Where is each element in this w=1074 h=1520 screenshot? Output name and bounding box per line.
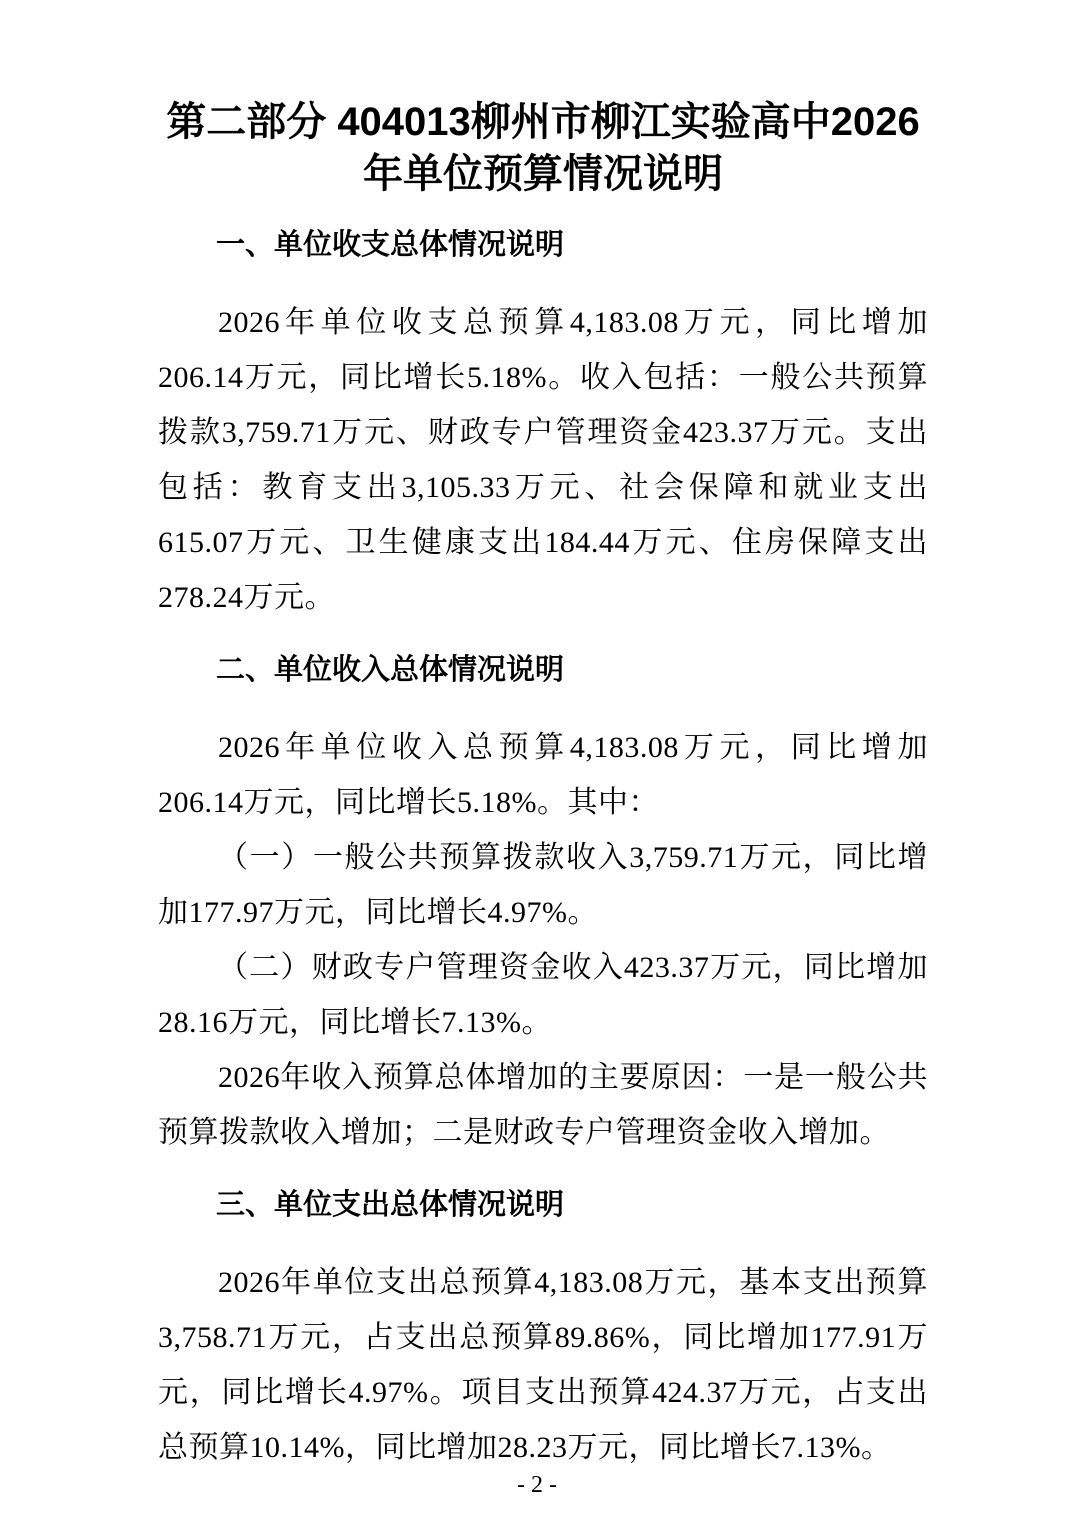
section-1-paragraph-1: 2026年单位收支总预算4,183.08万元，同比增加206.14万元，同比增长… [158,295,928,625]
section-3-paragraph-1: 2026年单位支出总预算4,183.08万元，基本支出预算3,758.71万元，… [158,1255,928,1475]
section-income-overview: 二、单位收入总体情况说明 2026年单位收入总预算4,183.08万元，同比增加… [158,643,928,1160]
section-1-heading: 一、单位收支总体情况说明 [158,218,928,273]
section-budget-overview: 一、单位收支总体情况说明 2026年单位收支总预算4,183.08万元，同比增加… [158,218,928,625]
document-title: 第二部分 404013柳州市柳江实验高中2026年单位预算情况说明 [158,96,928,200]
section-2-heading: 二、单位收入总体情况说明 [158,643,928,698]
section-2-paragraph-3: （二）财政专户管理资金收入423.37万元，同比增加28.16万元，同比增长7.… [158,940,928,1050]
section-2-paragraph-4: 2026年收入预算总体增加的主要原因：一是一般公共预算拨款收入增加；二是财政专户… [158,1050,928,1160]
section-2-paragraph-1: 2026年单位收入总预算4,183.08万元，同比增加206.14万元，同比增长… [158,720,928,830]
document-content: 第二部分 404013柳州市柳江实验高中2026年单位预算情况说明 一、单位收支… [0,0,1074,1475]
page-number: - 2 - [0,1472,1074,1499]
section-2-paragraph-2: （一）一般公共预算拨款收入3,759.71万元，同比增加177.97万元，同比增… [158,830,928,940]
section-expenditure-overview: 三、单位支出总体情况说明 2026年单位支出总预算4,183.08万元，基本支出… [158,1178,928,1475]
section-3-heading: 三、单位支出总体情况说明 [158,1178,928,1233]
document-page: 第二部分 404013柳州市柳江实验高中2026年单位预算情况说明 一、单位收支… [0,0,1074,1520]
